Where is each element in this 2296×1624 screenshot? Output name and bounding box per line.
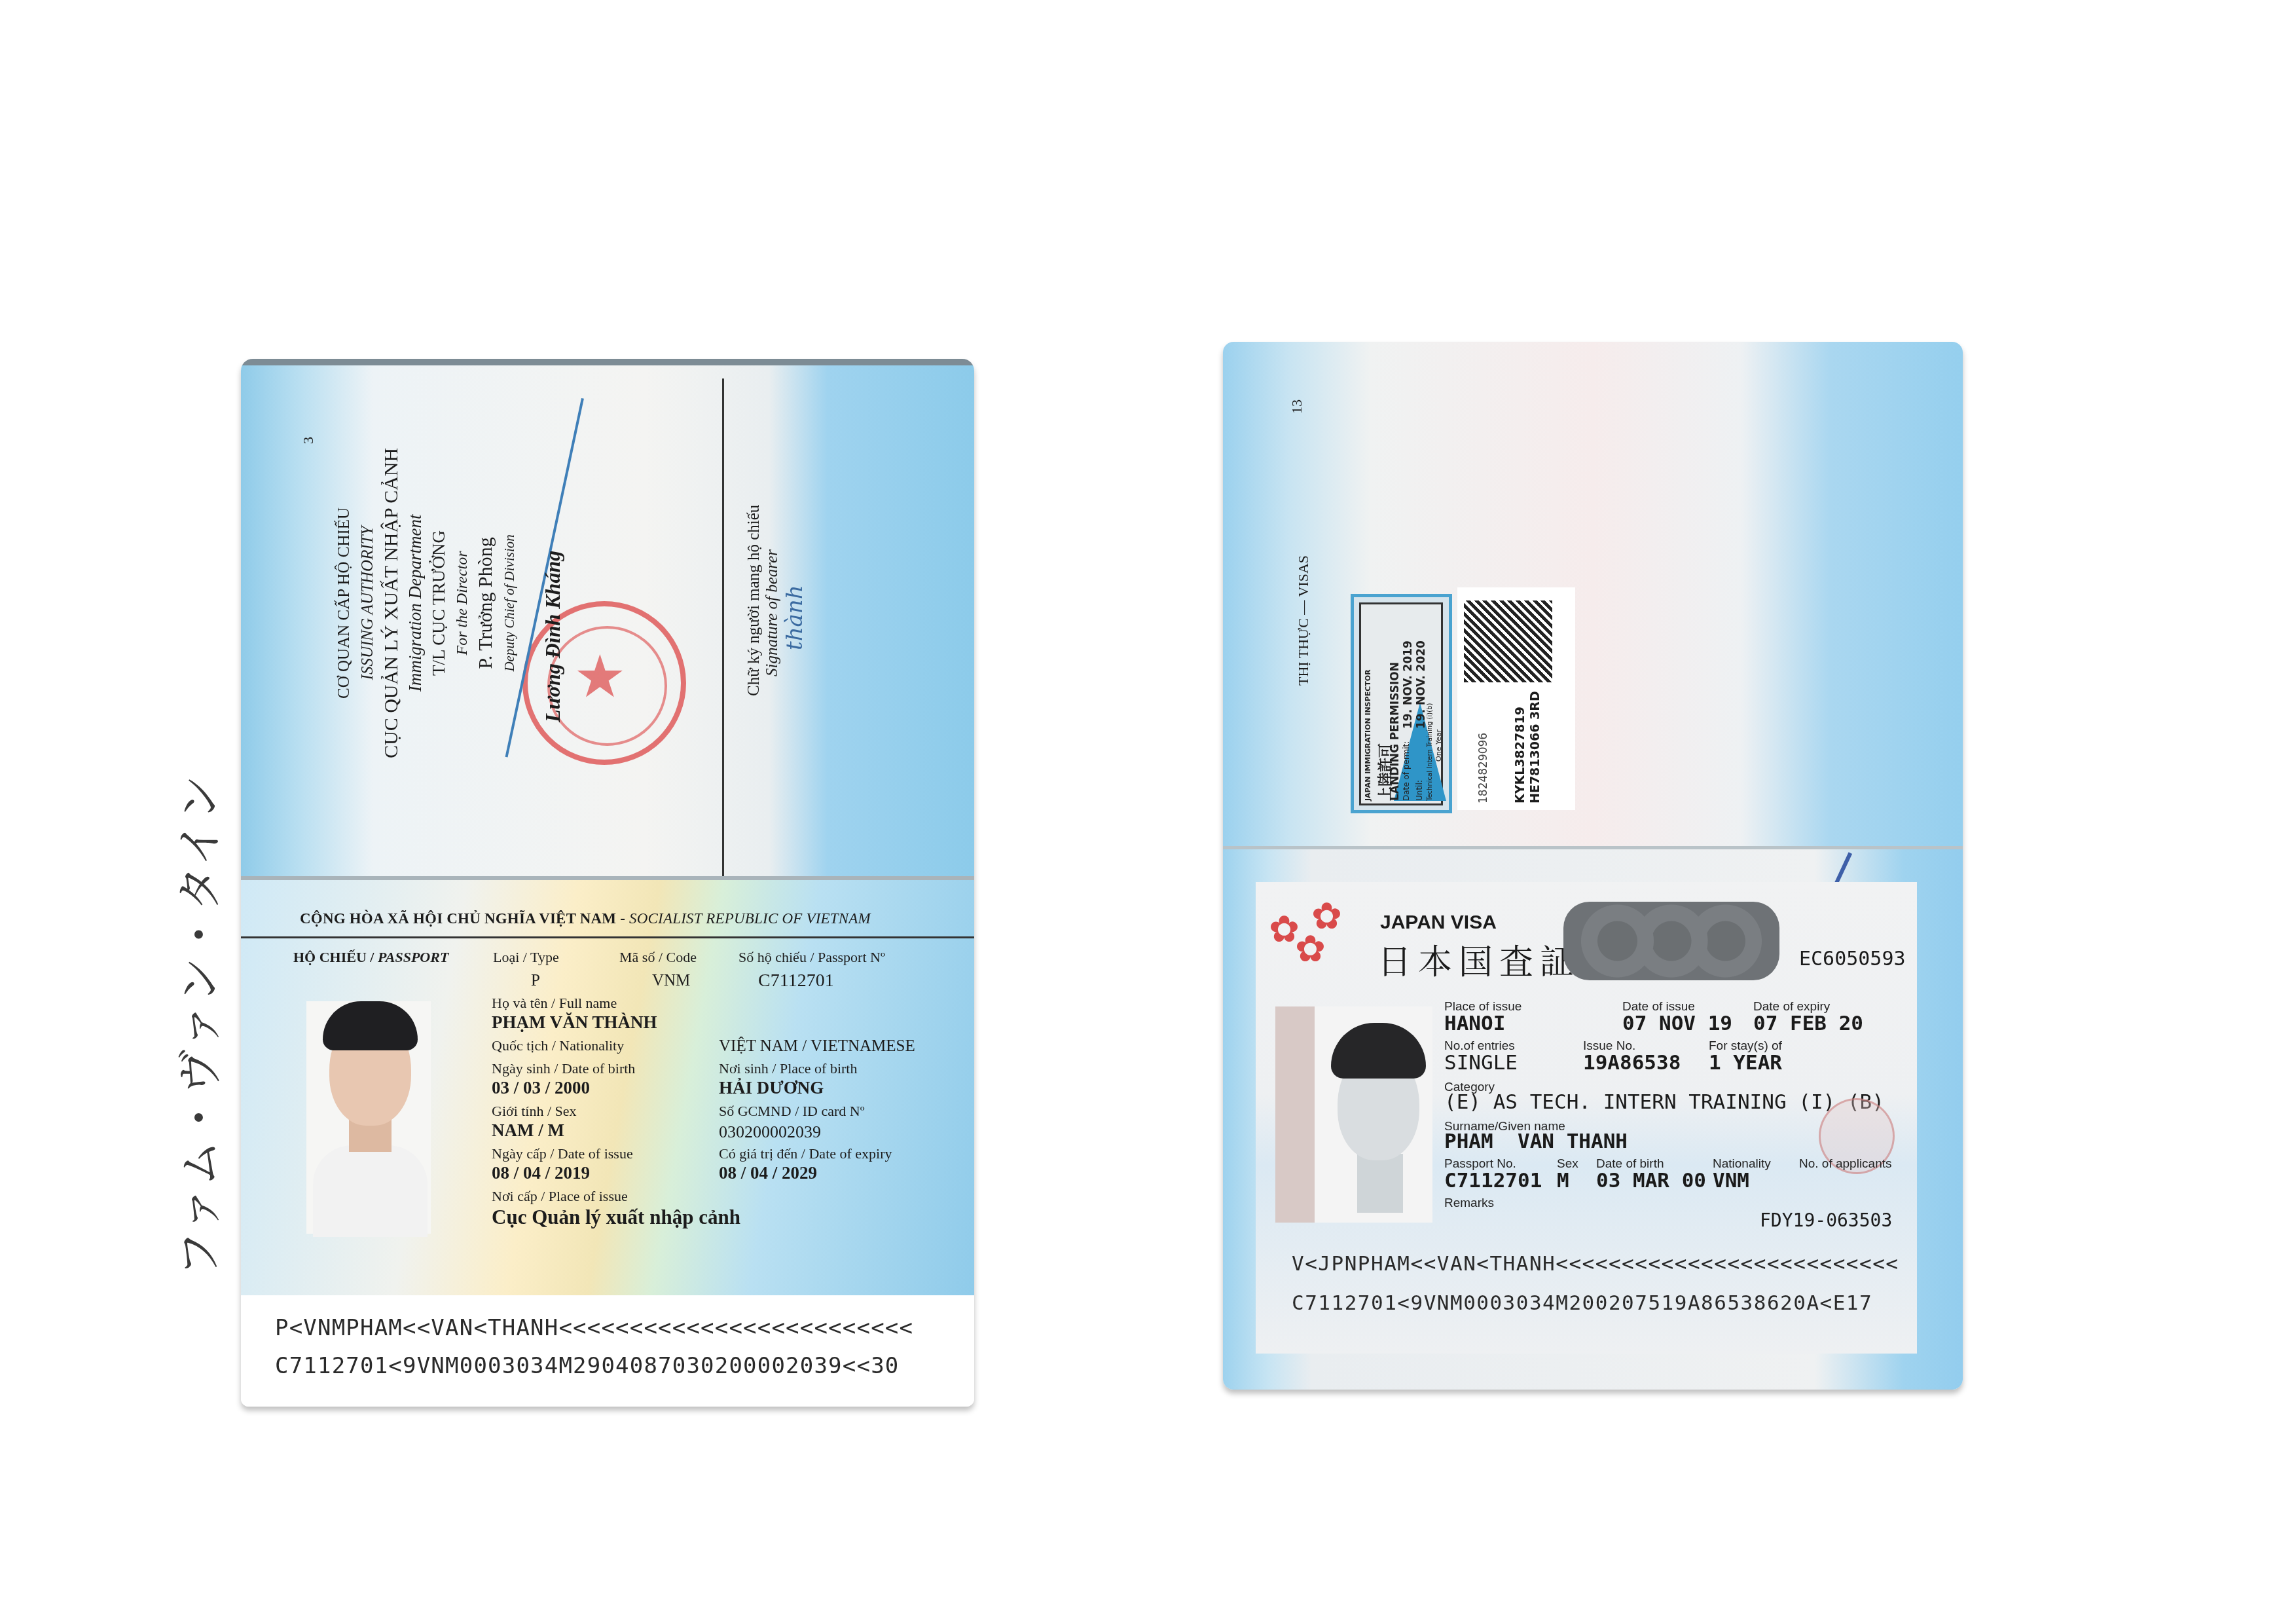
handwritten-katakana-name: ファム・ヴァン・タイン bbox=[164, 775, 230, 1278]
nationality-value: VNM bbox=[1713, 1169, 1749, 1192]
sticker-number: 1824829096 bbox=[1477, 733, 1490, 803]
visa-mrz-line-2: C7112701<9VNM0003034M200207519A86538620A… bbox=[1292, 1291, 1872, 1315]
photo-hair bbox=[323, 1001, 418, 1050]
visa-title-kanji: 日本国査証 bbox=[1377, 934, 1580, 984]
header-rule bbox=[241, 936, 974, 938]
header-separator: - bbox=[620, 910, 629, 927]
place-of-issue-label: Nơi cấp / Place of issue bbox=[492, 1188, 628, 1205]
sticker-code-2: HE7813066 3RD bbox=[1528, 691, 1542, 803]
authority-label-vi: CƠ QUAN CẤP HỘ CHIẾU bbox=[333, 448, 356, 758]
signatory-name: Lương Đình Kháng bbox=[541, 551, 565, 722]
page-number: 3 bbox=[300, 437, 317, 444]
holder-photo bbox=[306, 1001, 431, 1234]
full-name-value: PHẠM VĂN THÀNH bbox=[492, 1012, 657, 1033]
document-label: HỘ CHIẾU / PASSPORT bbox=[293, 949, 448, 966]
hologram bbox=[1563, 902, 1779, 980]
photo-hair bbox=[1331, 1023, 1426, 1079]
machine-readable-zone: P<VNMPHAM<<VAN<THANH<<<<<<<<<<<<<<<<<<<<… bbox=[241, 1295, 974, 1407]
landing-permission-stamp: JAPAN IMMIGRATION INSPECTOR 上陸許可 LANDING… bbox=[1351, 594, 1452, 813]
photo-security-band bbox=[1275, 1006, 1315, 1223]
until-label: Until: bbox=[1415, 780, 1424, 801]
date-of-expiry-value: 07 FEB 20 bbox=[1753, 1012, 1863, 1035]
code-label: Mã số / Code bbox=[619, 949, 697, 966]
star-icon: ★ bbox=[574, 642, 627, 711]
expiry-label: Có giá trị đến / Date of expiry bbox=[719, 1145, 892, 1162]
qr-sticker: 1824829096 KYKL3827819 HE7813066 3RD bbox=[1457, 587, 1575, 810]
document-label-en: PASSPORT bbox=[378, 949, 448, 965]
sex-value: M bbox=[1557, 1169, 1569, 1192]
issue-date-value: 08 / 04 / 2019 bbox=[492, 1163, 590, 1183]
issue-date-label: Ngày cấp / Date of issue bbox=[492, 1145, 633, 1162]
japan-visa-sticker: ✿ ✿ ✿ JAPAN VISA 日本国査証 EC6050593 Place o… bbox=[1256, 882, 1917, 1354]
status-value: Technical Intern Training (i)(b) bbox=[1427, 703, 1434, 801]
applicants-label: No. of applicants bbox=[1799, 1157, 1892, 1172]
reference-number: FDY19-063503 bbox=[1760, 1209, 1892, 1231]
until-date: 19. NOV. 2020 bbox=[1415, 640, 1428, 729]
expiry-value: 08 / 04 / 2029 bbox=[719, 1163, 817, 1183]
page-divider bbox=[722, 378, 724, 876]
nationality-value: VIỆT NAM / VIETNAMESE bbox=[719, 1037, 915, 1056]
department-vi: CỤC QUẢN LÝ XUẤT NHẬP CẢNH bbox=[380, 448, 403, 758]
place-of-issue-value: HANOI bbox=[1444, 1012, 1505, 1035]
qr-code bbox=[1464, 600, 1552, 682]
signatory-title-vi: P. Trưởng Phòng bbox=[474, 448, 498, 758]
place-of-issue-value: Cục Quản lý xuất nhập cảnh bbox=[492, 1206, 740, 1229]
date-of-permit-label: Date of permit: bbox=[1402, 741, 1411, 801]
full-name-label: Họ và tên / Full name bbox=[492, 995, 617, 1012]
for-director-vi: T/L CỤC TRƯỞNG bbox=[427, 448, 450, 758]
dob-label: Ngày sinh / Date of birth bbox=[492, 1060, 635, 1077]
passport-no-label: Số hộ chiếu / Passport Nº bbox=[738, 949, 885, 966]
pob-value: HẢI DƯƠNG bbox=[719, 1078, 824, 1098]
duration-value: One Year bbox=[1434, 729, 1443, 762]
country-header-en: SOCIALIST REPUBLIC OF VIETNAM bbox=[629, 910, 871, 927]
issuing-authority-block: CƠ QUAN CẤP HỘ CHIẾU ISSUING AUTHORITY C… bbox=[333, 448, 521, 758]
sticker-code-1: KYKL3827819 bbox=[1513, 707, 1527, 803]
mrz-line-2: C7112701<9VNM0003034M2904087030200002039… bbox=[275, 1353, 899, 1379]
country-header-vi: CỘNG HÒA XÃ HỘI CHỦ NGHĨA VIỆT NAM bbox=[300, 910, 616, 927]
visa-title: JAPAN VISA bbox=[1380, 912, 1497, 934]
document-label-vi: HỘ CHIẾU bbox=[293, 949, 367, 965]
bearer-signature: thành bbox=[782, 505, 808, 696]
bearer-signature-label-vi: Chữ ký người mang hộ chiếu bbox=[745, 505, 763, 696]
pob-label: Nơi sinh / Place of birth bbox=[719, 1060, 857, 1077]
department-en: Immigration Department bbox=[403, 448, 427, 758]
personal-data-page: CỘNG HÒA XÃ HỘI CHỦ NGHĨA VIỆT NAM - SOC… bbox=[241, 876, 974, 1295]
page-number: 13 bbox=[1288, 399, 1305, 414]
bearer-signature-block: Chữ ký người mang hộ chiếu Signature of … bbox=[745, 505, 808, 696]
photo-neck bbox=[1357, 1154, 1403, 1213]
type-label: Loại / Type bbox=[493, 949, 559, 966]
country-header: CỘNG HÒA XÃ HỘI CHỦ NGHĨA VIỆT NAM - SOC… bbox=[300, 910, 871, 927]
issuing-authority-page: 3 ★ CƠ QUAN CẤP HỘ CHIẾU ISSUING AUTHORI… bbox=[241, 359, 974, 876]
issue-no-value: 19A86538 bbox=[1583, 1051, 1681, 1075]
stay-value: 1 YEAR bbox=[1709, 1051, 1782, 1075]
entries-value: SINGLE bbox=[1444, 1051, 1518, 1075]
sex-label: Giới tính / Sex bbox=[492, 1103, 577, 1120]
visa-page: 13 THỊ THỰC — VISAS JAPAN IMMIGRATION IN… bbox=[1223, 342, 1963, 1390]
photo-shirt bbox=[313, 1145, 428, 1237]
landing-stamp-frame: JAPAN IMMIGRATION INSPECTOR 上陸許可 LANDING… bbox=[1359, 602, 1443, 805]
sex-value: NAM / M bbox=[492, 1120, 564, 1141]
japan-visa-page: ✿ ✿ ✿ JAPAN VISA 日本国査証 EC6050593 Place o… bbox=[1223, 846, 1963, 1390]
authority-label-en: ISSUING AUTHORITY bbox=[356, 448, 380, 758]
passport-no-value: C7112701 bbox=[1444, 1169, 1542, 1192]
type-value: P bbox=[531, 972, 540, 990]
visa-mrz-line-1: V<JPNPHAM<<VAN<THANH<<<<<<<<<<<<<<<<<<<<… bbox=[1292, 1252, 1899, 1276]
inspector-header: JAPAN IMMIGRATION INSPECTOR bbox=[1364, 669, 1372, 801]
passport-no-value: C7112701 bbox=[758, 970, 834, 991]
id-card-label: Số GCMND / ID card Nº bbox=[719, 1103, 865, 1120]
holder-photo bbox=[1275, 1006, 1432, 1223]
visas-page-title: THỊ THỰC — VISAS bbox=[1295, 555, 1312, 686]
remarks-label: Remarks bbox=[1444, 1196, 1494, 1211]
vietnam-passport-data-page: 3 ★ CƠ QUAN CẤP HỘ CHIẾU ISSUING AUTHORI… bbox=[241, 359, 974, 1407]
date-of-permit: 19. NOV. 2019 bbox=[1402, 640, 1415, 729]
cherry-blossom-icon: ✿ bbox=[1295, 928, 1326, 970]
code-value: VNM bbox=[652, 972, 690, 990]
mrz-line-1: P<VNMPHAM<<VAN<THANH<<<<<<<<<<<<<<<<<<<<… bbox=[275, 1315, 913, 1341]
name-value: PHAM VAN THANH bbox=[1444, 1130, 1628, 1153]
signatory-title-en: Deputy Chief of Division bbox=[498, 448, 521, 758]
id-card-value: 030200002039 bbox=[719, 1122, 821, 1142]
bearer-signature-label-en: Signature of bearer bbox=[763, 505, 782, 696]
category-value: (E) AS TECH. INTERN TRAINING (I) (B) bbox=[1444, 1090, 1884, 1114]
landing-title: LANDING PERMISSION bbox=[1389, 662, 1402, 801]
visa-number: EC6050593 bbox=[1799, 948, 1906, 970]
dob-value: 03 MAR 00 bbox=[1596, 1169, 1706, 1192]
dob-value: 03 / 03 / 2000 bbox=[492, 1078, 590, 1098]
nationality-label: Quốc tịch / Nationality bbox=[492, 1037, 624, 1054]
date-of-issue-value: 07 NOV 19 bbox=[1622, 1012, 1732, 1035]
for-director-en: For the Director bbox=[450, 448, 474, 758]
landing-permission-page: 13 THỊ THỰC — VISAS JAPAN IMMIGRATION IN… bbox=[1223, 342, 1963, 846]
